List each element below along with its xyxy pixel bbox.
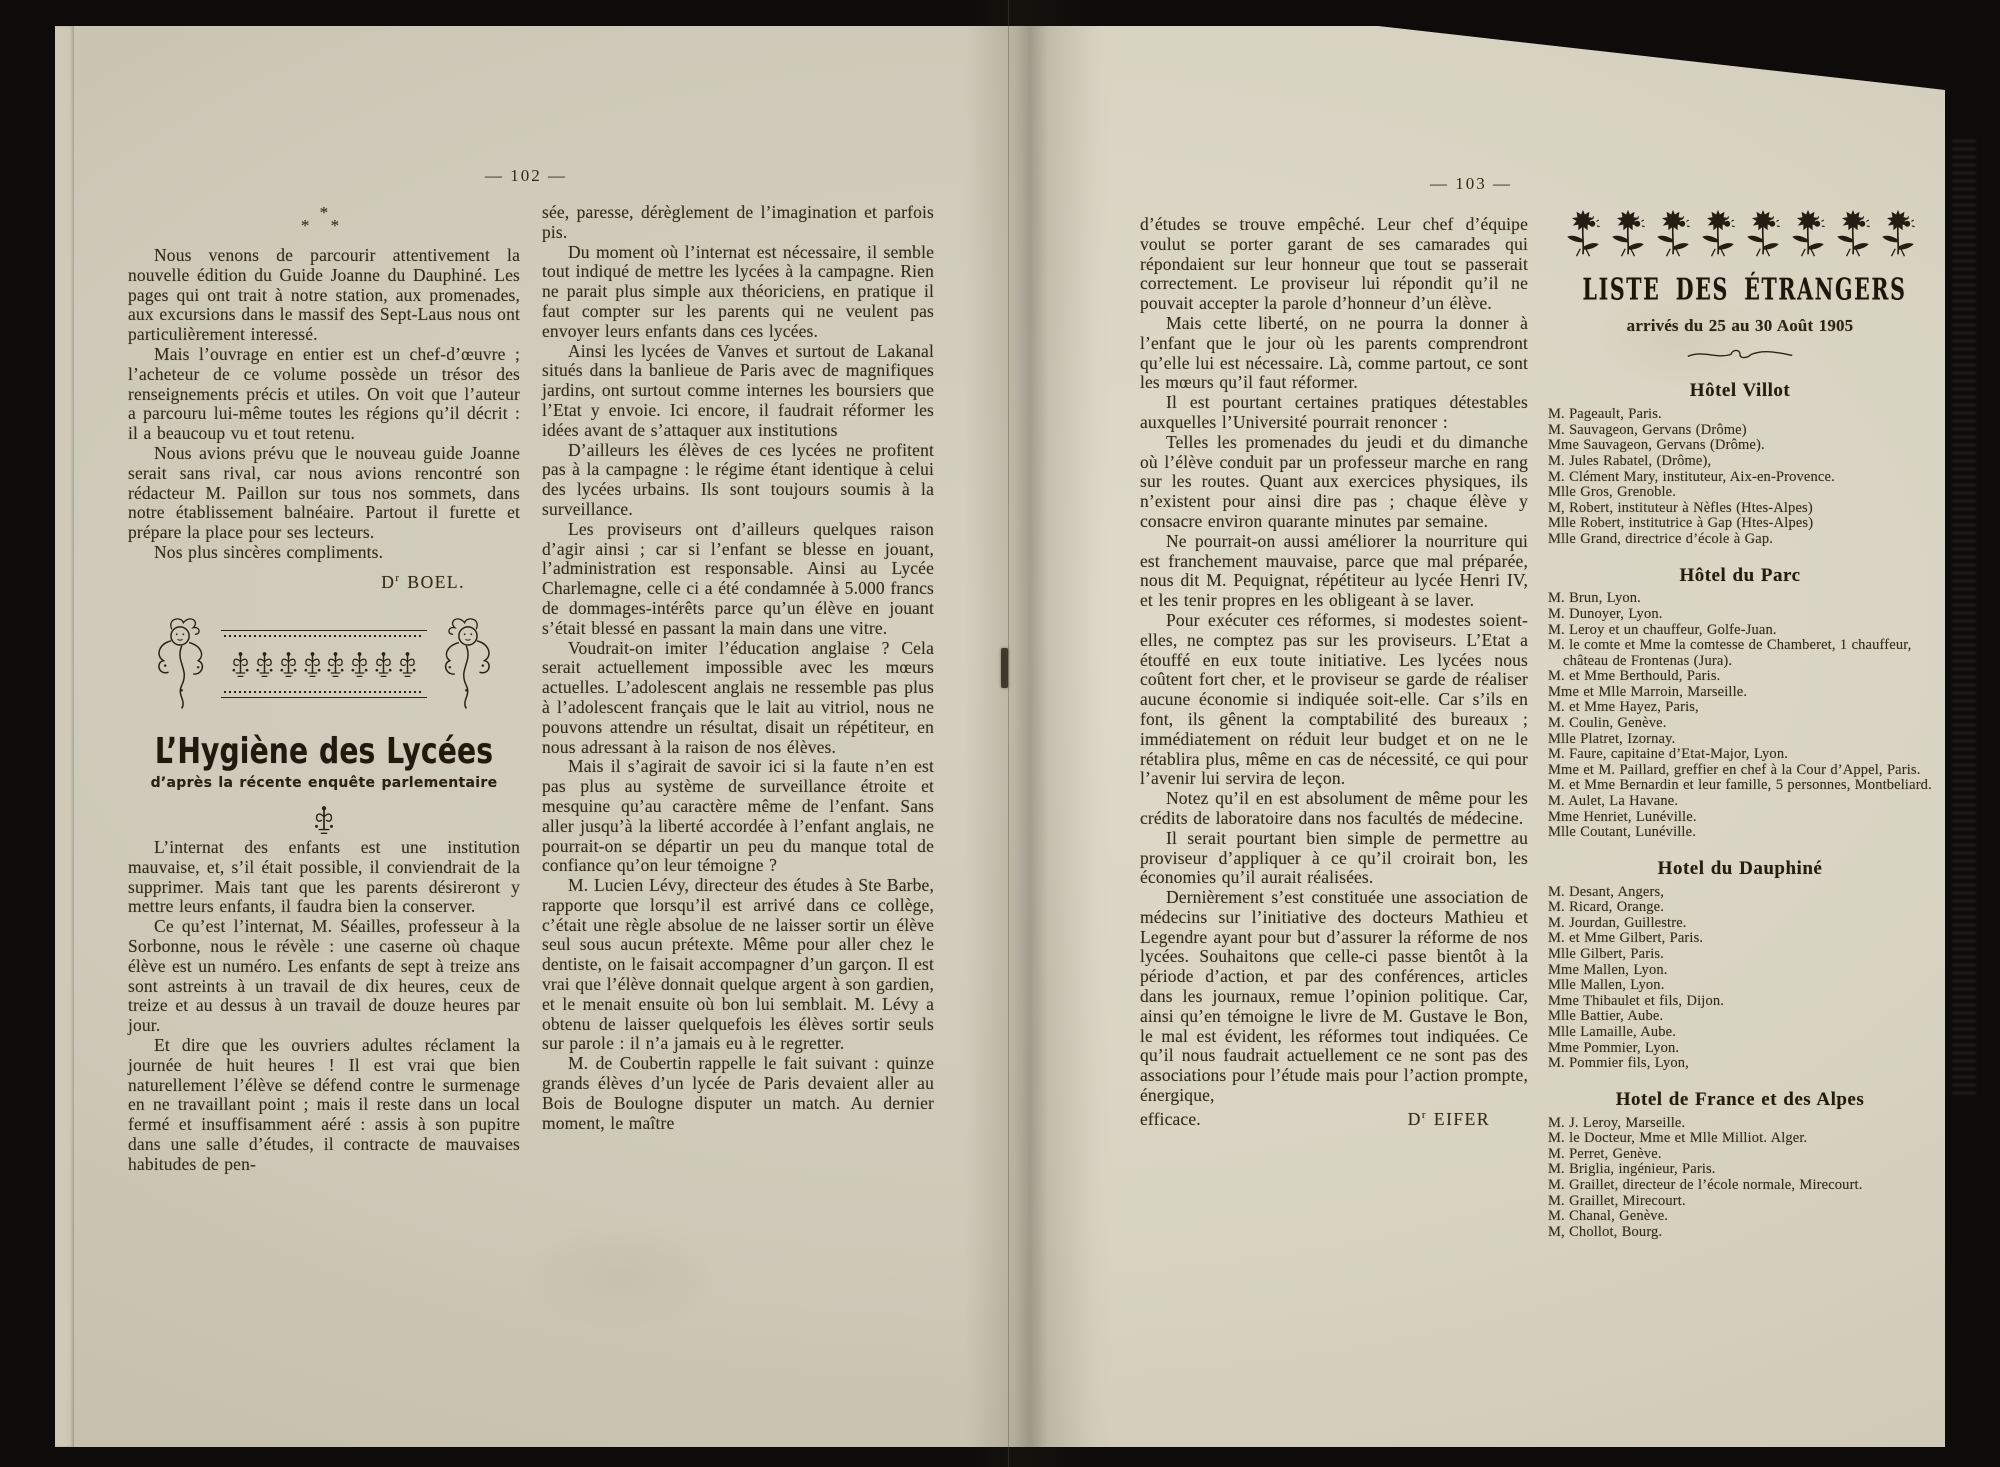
guest-entry: M. Pommier fils, Lyon, [1548,1056,1932,1072]
article-paragraph: Du moment où l’internat est nécessaire, … [542,243,934,342]
article-subtitle: d’après la récente enquête parlementaire [128,774,520,794]
guest-entry: Mlle Gros, Grenoble. [1548,485,1932,501]
flower-ornament-row [1548,208,1932,258]
article-paragraph: Notez qu’il en est absolument de même po… [1140,789,1528,829]
guest-entry: M, Robert, instituteur à Nèfles (Htes-Al… [1548,501,1932,517]
guest-entry: M. Briglia, ingénieur, Paris. [1548,1162,1932,1178]
guest-entry: Mme Pommier, Lyon. [1548,1041,1932,1057]
liste-title: LISTE DES ÉTRANGERS [1583,278,1898,301]
flower-sprig-icon [1652,208,1694,258]
hotel-name: Hôtel Villot [1548,381,1932,401]
guest-list: M. Brun, Lyon. M. Dunoyer, Lyon. M. Lero… [1548,591,1932,841]
guest-entry: M. Brun, Lyon. [1548,591,1932,607]
guest-entry: M. Jourdan, Guillestre. [1548,916,1932,932]
flourish-rule-icon [1548,344,1932,364]
fleur-motif-icon [303,650,322,679]
article-paragraph: Nous venons de parcourir attentivement l… [128,246,520,345]
article-paragraph: Nous avions prévu que le nouveau guide J… [128,444,520,543]
small-fleuron-icon [128,804,520,838]
article-paragraph: sée, paresse, dérèglement de l’imaginati… [542,203,934,243]
fleur-motif-icon [374,650,393,679]
guest-entry: M. et Mme Berthould, Paris. [1548,669,1932,685]
signature-dr-boel: Dr BOEL. [128,569,520,593]
guest-entry: M. et Mme Gilbert, Paris. [1548,931,1932,947]
signature-initial: D [1408,1109,1422,1129]
article-paragraph: L’internat des enfants est une instituti… [128,838,520,917]
fleur-motif-icon [350,650,369,679]
guest-entry: M. Graillet, Mirecourt. [1548,1194,1932,1210]
flower-sprig-icon [1877,208,1919,258]
article-paragraph: M. Lucien Lévy, directeur des études à S… [542,876,934,1054]
guest-entry: Mme Sauvageon, Gervans (Drôme). [1548,438,1932,454]
article-paragraph: D’ailleurs les élèves de ces lycées ne p… [542,441,934,520]
guest-entry: M, Chollot, Bourg. [1548,1225,1932,1241]
hotel-name: Hotel du Dauphiné [1548,859,1932,879]
guest-entry: M. le Docteur, Mme et Mlle Milliot. Alge… [1548,1131,1932,1147]
guest-list: M. J. Leroy, Marseille. M. le Docteur, M… [1548,1116,1932,1241]
article-paragraph: Il est pourtant certaines pratiques déte… [1140,393,1528,433]
liste-subtitle: arrivés du 25 au 30 Août 1905 [1548,316,1932,336]
signature-name: BOEL. [407,572,465,592]
guest-entry: M. le comte et Mme la comtesse de Chambe… [1548,638,1932,669]
guest-list: M. Desant, Angers, M. Ricard, Orange. M.… [1548,885,1932,1072]
page-stack-edge [55,26,74,1447]
article-paragraph: Ne pourrait-on aussi améliorer la nourri… [1140,532,1528,611]
article-paragraph: Ainsi les lycées de Vanves et surtout de… [542,342,934,441]
p103-column-1: d’études se trouve empêché. Leur chef d’… [1140,215,1528,1129]
guest-entry: M. Graillet, directeur de l’école normal… [1548,1178,1932,1194]
ornament-banner [221,630,427,698]
closing-word: efficace. [1140,1110,1201,1130]
article-paragraph: Mais cette liberté, on ne pourra la donn… [1140,314,1528,393]
guest-entry: M. Ricard, Orange. [1548,900,1932,916]
hotel-section-parc: Hôtel du Parc M. Brun, Lyon. M. Dunoyer,… [1548,566,1932,841]
hotel-name: Hôtel du Parc [1548,566,1932,586]
signature-dr-eifer: Dr EIFER [1408,1106,1490,1130]
article-paragraph: Dernièrement s’est constituée une associ… [1140,888,1528,1106]
gutter-crease [1008,0,1009,1467]
fleur-motif-icon [398,650,417,679]
guest-entry: M. Leroy et un chauffeur, Golfe-Juan. [1548,623,1932,639]
p102-column-2: sée, paresse, dérèglement de l’imaginati… [542,203,934,1133]
cherub-flourish-right-icon [430,612,496,716]
article-paragraph: Voudrait-on imiter l’éducation anglaise … [542,639,934,758]
hotel-section-villot: Hôtel Villot M. Pageault, Paris. M. Sauv… [1548,381,1932,547]
hotel-section-dauphine: Hotel du Dauphiné M. Desant, Angers, M. … [1548,859,1932,1072]
guest-entry: M. Clément Mary, instituteur, Aix-en-Pro… [1548,470,1932,486]
signature-initial: D [381,572,395,592]
guest-entry: M. Dunoyer, Lyon. [1548,607,1932,623]
p103-column-2: LISTE DES ÉTRANGERS arrivés du 25 au 30 … [1548,208,1932,1240]
fleur-motif-icon [326,650,345,679]
guest-entry: M. Coulin, Genève. [1548,716,1932,732]
headpiece-ornament [128,608,520,720]
scanned-journal-spread: — 102 — — 103 — * * * Nous venons de par… [0,0,2000,1467]
fleur-motif-icon [231,650,250,679]
flower-sprig-icon [1787,208,1829,258]
guest-entry: Mlle Mallen, Lyon. [1548,978,1932,994]
signature-name: EIFER [1434,1109,1490,1129]
asterism-bottom: * * [128,219,520,232]
article-paragraph: Il serait pourtant bien simple de permet… [1140,829,1528,888]
guest-entry: M. J. Leroy, Marseille. [1548,1116,1932,1132]
guest-entry: Mlle Coutant, Lunéville. [1548,825,1932,841]
guest-entry: Mme et M. Paillard, greffier en chef à l… [1548,763,1932,779]
page-number-102: — 102 — [436,166,616,186]
article-paragraph: d’études se trouve empêché. Leur chef d’… [1140,215,1528,314]
page-number-103: — 103 — [1381,174,1561,194]
binding-thread [1001,648,1008,688]
guest-entry: M. Pageault, Paris. [1548,407,1932,423]
guest-entry: Mlle Gilbert, Paris. [1548,947,1932,963]
article-paragraph: Et dire que les ouvriers adultes réclame… [128,1036,520,1175]
flower-sprig-icon [1697,208,1739,258]
guest-entry: M. Faure, capitaine d’Etat-Major, Lyon. [1548,747,1932,763]
guest-entry: M. Aulet, La Havane. [1548,794,1932,810]
closing-line: efficace. Dr EIFER [1140,1106,1528,1130]
article-paragraph: Mais l’ouvrage en entier est un chef-d’œ… [128,345,520,444]
article-paragraph: Ce qu’est l’internat, M. Séailles, profe… [128,917,520,1036]
flower-sprig-icon [1832,208,1874,258]
guest-entry: Mme et Mlle Marroin, Marseille. [1548,685,1932,701]
article-paragraph: Mais il s’agirait de savoir ici si la fa… [542,757,934,876]
guest-entry: Mme Henriet, Lunéville. [1548,810,1932,826]
fore-edge-ghosting [1952,140,1976,1100]
flower-sprig-icon [1607,208,1649,258]
article-paragraph: M. de Coubertin rappelle le fait suivant… [542,1054,934,1133]
guest-entry: Mme Thibaulet et fils, Dijon. [1548,994,1932,1010]
signature-superscript: r [395,572,400,584]
guest-entry: Mlle Battier, Aube. [1548,1009,1932,1025]
cherub-flourish-left-icon [152,612,218,716]
article-paragraph: Telles les promenades du jeudi et du dim… [1140,433,1528,532]
guest-list: M. Pageault, Paris. M. Sauvageon, Gervan… [1548,407,1932,547]
guest-entry: Mlle Grand, directrice d’école à Gap. [1548,532,1932,548]
hotel-section-france-alpes: Hotel de France et des Alpes M. J. Leroy… [1548,1090,1932,1241]
asterism-ornament: * * * [128,206,520,240]
guest-entry: M. Desant, Angers, [1548,885,1932,901]
hotel-name: Hotel de France et des Alpes [1548,1090,1932,1110]
guest-entry: M. Chanal, Genève. [1548,1209,1932,1225]
guest-entry: Mlle Lamaille, Aube. [1548,1025,1932,1041]
guest-entry: M. Jules Rabatel, (Drôme), [1548,454,1932,470]
fleur-motif-icon [255,650,274,679]
flower-sprig-icon [1562,208,1604,258]
guest-entry: Mme Mallen, Lyon. [1548,963,1932,979]
signature-superscript: r [1422,1109,1427,1121]
guest-entry: M. Sauvageon, Gervans (Drôme) [1548,423,1932,439]
guest-entry: M. et Mme Bernardin et leur famille, 5 p… [1548,778,1932,794]
article-paragraph: Les proviseurs ont d’ailleurs quelques r… [542,520,934,639]
article-title: L’Hygiène des Lycées [152,741,497,763]
guest-entry: M. Perret, Genève. [1548,1147,1932,1163]
flower-sprig-icon [1742,208,1784,258]
guest-entry: M. et Mme Hayez, Paris, [1548,700,1932,716]
guest-entry: Mlle Platret, Izornay. [1548,732,1932,748]
p102-column-1: * * * Nous venons de parcourir attentive… [128,206,520,1175]
article-paragraph: Nos plus sincères compliments. [128,543,520,563]
fleur-motif-icon [279,650,298,679]
article-paragraph: Pour exécuter ces réformes, si modestes … [1140,611,1528,789]
guest-entry: Mlle Robert, institutrice à Gap (Htes-Al… [1548,516,1932,532]
